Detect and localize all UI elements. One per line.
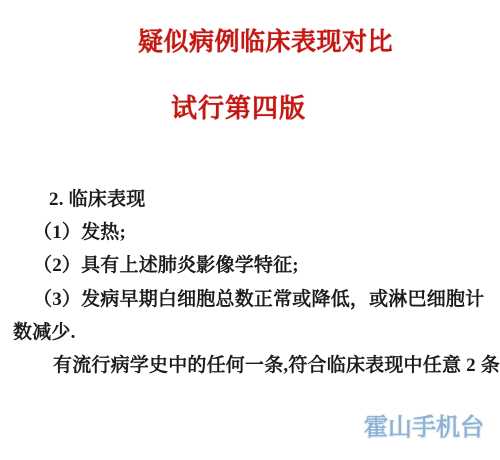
section-heading-clinical-manifestations: 2. 临床表现 [49,184,145,211]
clinical-item-3-wbc-line2: 数减少. [13,317,76,344]
page-title: 疑似病例临床表现对比 [138,22,393,58]
clinical-item-2-imaging: （2）具有上述肺炎影像学特征; [33,250,299,277]
clinical-item-3-wbc-line1: （3）发病早期白细胞总数正常或降低，或淋巴细胞计 [33,284,484,311]
clinical-item-1-fever: （1）发热; [33,217,126,244]
page-subtitle: 试行第四版 [171,88,306,125]
epidemiology-criteria-note: 有流行病学史中的任何一条,符合临床表现中任意 2 条. [53,350,500,377]
tv-station-watermark: 霍山手机台 [364,407,484,442]
document-page: 疑似病例临床表现对比 试行第四版 2. 临床表现 （1）发热; （2）具有上述肺… [0,0,500,460]
